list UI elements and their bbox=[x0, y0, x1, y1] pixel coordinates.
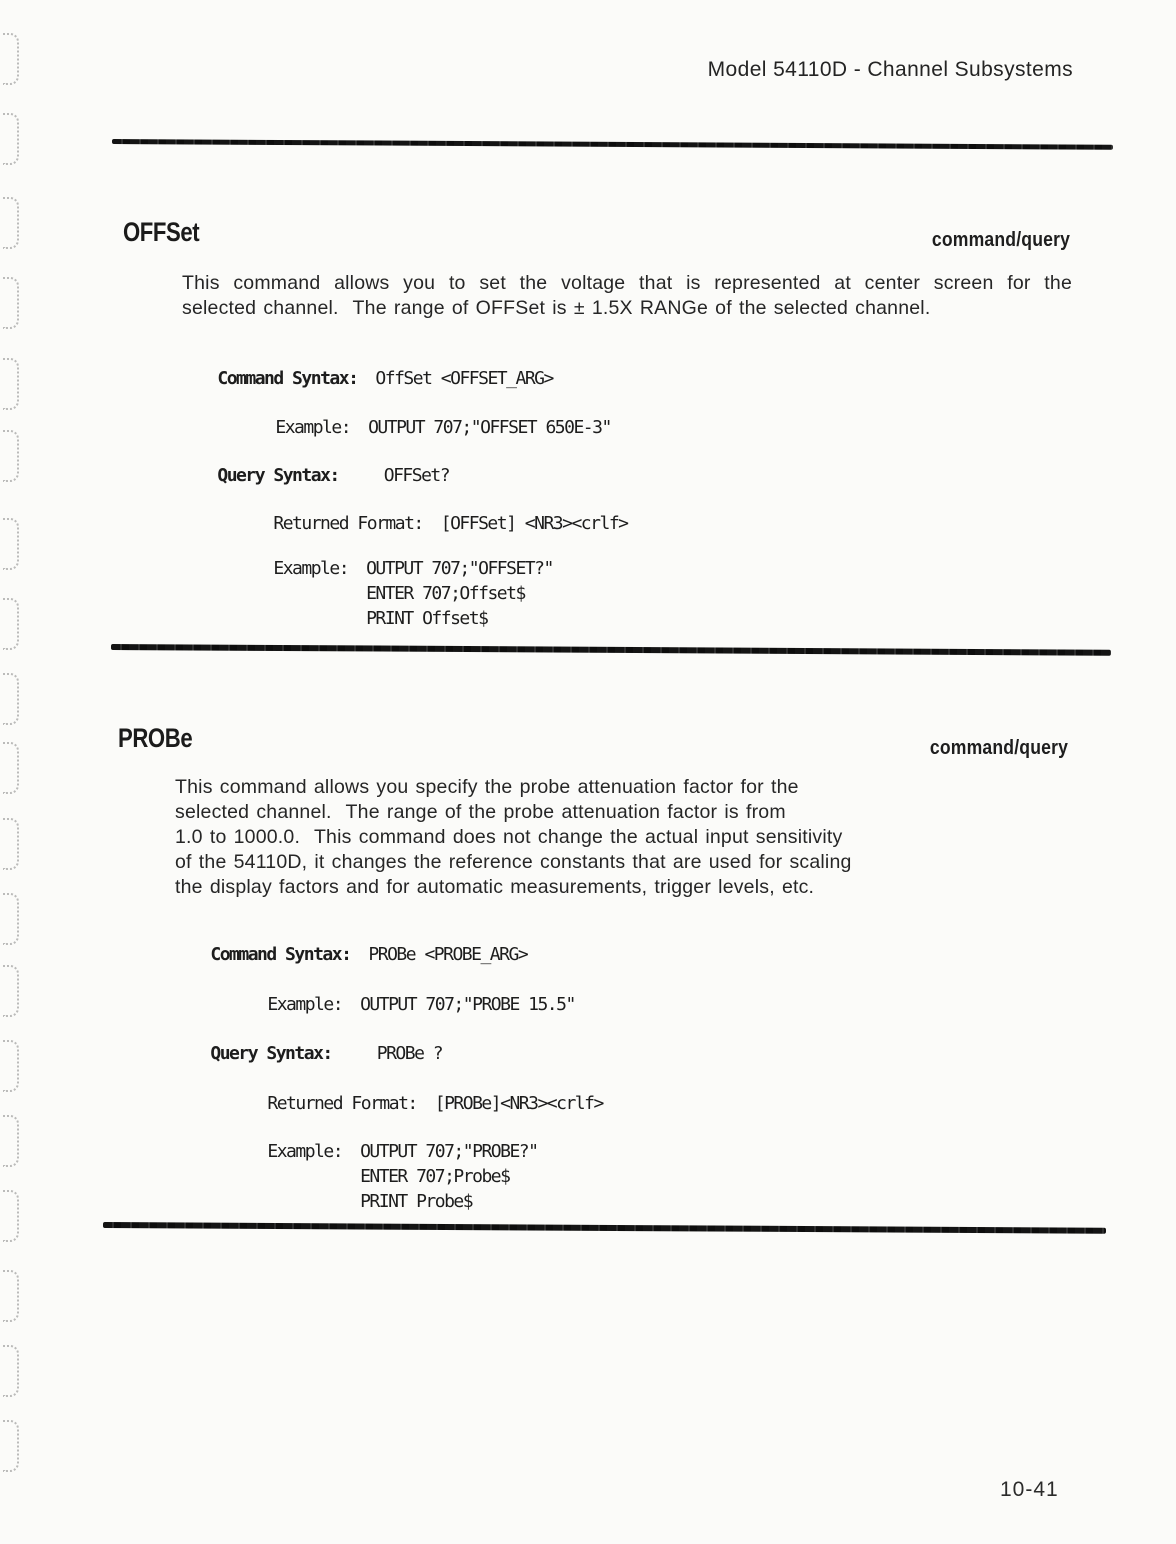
section-title-offset: OFFSet bbox=[123, 217, 199, 248]
binder-hole-artifact bbox=[3, 430, 19, 482]
section-title-probe: PROBe bbox=[118, 723, 192, 754]
binder-hole-artifact bbox=[3, 1190, 19, 1242]
code-value: PROBe ? bbox=[377, 1041, 442, 1066]
code-label: Query Syntax: bbox=[217, 463, 338, 488]
code-value: OUTPUT 707;"OFFSET 650E-3" bbox=[368, 415, 611, 440]
description-line: 1.0 to 1000.0. This command does not cha… bbox=[175, 825, 905, 850]
binder-hole-artifact bbox=[3, 197, 19, 249]
example-query-row: Example:OUTPUT 707;"PROBE?" ENTER 707;Pr… bbox=[230, 1114, 537, 1239]
code-value: OUTPUT 707;"OFFSET?" ENTER 707;Offset$ P… bbox=[366, 556, 553, 631]
binder-hole-artifact bbox=[3, 965, 19, 1017]
binder-hole-artifact bbox=[3, 518, 19, 570]
section-description: This command allows you specify the prob… bbox=[175, 775, 905, 900]
page-number: 10-41 bbox=[1000, 1478, 1059, 1502]
page-header: Model 54110D - Channel Subsystems bbox=[708, 58, 1073, 82]
code-value: PROBe <PROBE_ARG> bbox=[368, 942, 527, 967]
horizontal-rule bbox=[112, 139, 1113, 150]
description-line: This command allows you to set the volta… bbox=[182, 271, 1072, 296]
binder-hole-artifact bbox=[3, 33, 19, 85]
description-line: selected channel. The range of the probe… bbox=[175, 800, 905, 825]
code-value: OffSet <OFFSET_ARG> bbox=[375, 366, 552, 391]
code-label: Returned Format: bbox=[267, 1091, 416, 1116]
binder-hole-artifact bbox=[3, 742, 19, 794]
binder-hole-artifact bbox=[3, 1040, 19, 1092]
code-value: [PROBe]<NR3><crlf> bbox=[435, 1091, 603, 1116]
binder-hole-artifact bbox=[3, 277, 19, 329]
command-query-badge: command/query bbox=[932, 229, 1070, 252]
description-line: This command allows you specify the prob… bbox=[175, 775, 905, 800]
binder-hole-artifact bbox=[3, 113, 19, 165]
manual-page: Model 54110D - Channel Subsystems OFFSet… bbox=[0, 0, 1176, 1544]
code-label: Example: bbox=[267, 992, 342, 1017]
binder-hole-artifact bbox=[3, 358, 19, 410]
code-value: OUTPUT 707;"PROBE 15.5" bbox=[360, 992, 575, 1017]
section-description: This command allows you to set the volta… bbox=[182, 271, 1072, 321]
binder-hole-artifact bbox=[3, 1420, 19, 1472]
code-value: OFFSet? bbox=[384, 463, 449, 488]
description-line: selected channel. The range of OFFSet is… bbox=[182, 296, 1072, 321]
code-label: Example: bbox=[267, 1139, 342, 1164]
code-label: Example: bbox=[273, 556, 348, 581]
binder-hole-artifact bbox=[3, 1345, 19, 1397]
binder-hole-artifact bbox=[3, 1270, 19, 1322]
code-label: Query Syntax: bbox=[210, 1041, 331, 1066]
command-query-badge: command/query bbox=[930, 737, 1068, 760]
binder-hole-artifact bbox=[3, 818, 19, 870]
description-line: the display factors and for automatic me… bbox=[175, 875, 905, 900]
binder-hole-artifact bbox=[3, 893, 19, 945]
binder-hole-artifact bbox=[3, 598, 19, 650]
code-label: Command Syntax: bbox=[210, 942, 350, 967]
code-label: Example: bbox=[275, 415, 350, 440]
example-query-row: Example:OUTPUT 707;"OFFSET?" ENTER 707;O… bbox=[236, 531, 553, 656]
description-line: of the 54110D, it changes the reference … bbox=[175, 850, 905, 875]
binder-hole-artifact bbox=[3, 673, 19, 725]
code-value: OUTPUT 707;"PROBE?" ENTER 707;Probe$ PRI… bbox=[360, 1139, 537, 1214]
code-label: Command Syntax: bbox=[217, 366, 357, 391]
binder-hole-artifact bbox=[3, 1115, 19, 1167]
